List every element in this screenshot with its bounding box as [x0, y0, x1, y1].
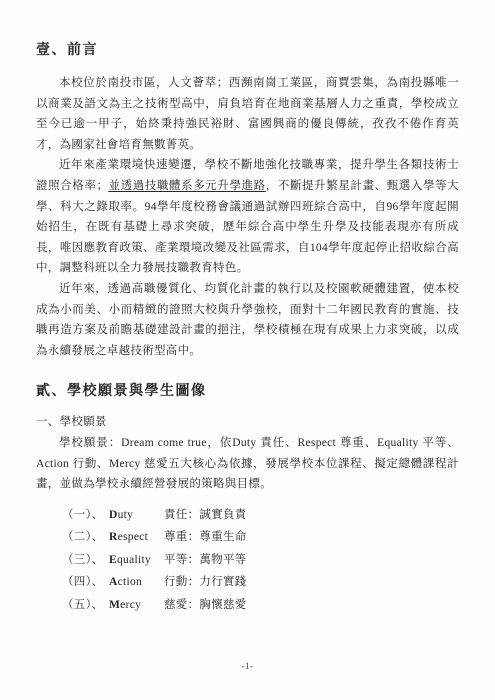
item-english-term: Duty [109, 504, 164, 527]
list-item-duty: （一）、Duty責任：誠實負責 [62, 504, 459, 527]
paragraph-2-segment-after: ，不斷提升繁星計畫、甄選入學等大學、科大之錄取率。94學年度校務會議通過試辦四班… [36, 180, 459, 274]
item-english-term: Respect [109, 526, 164, 549]
item-chinese-definition: 尊重：尊重生命 [164, 531, 247, 543]
item-english-term: Mercy [109, 594, 164, 617]
list-item-equality: （三）、Equality平等：萬物平等 [62, 549, 459, 572]
item-number: （三）、 [62, 549, 109, 572]
item-chinese-definition: 平等：萬物平等 [164, 554, 247, 566]
item-english-rest: espect [118, 531, 149, 543]
section-heading-vision: 貳、學校願景與學生圖像 [36, 383, 459, 401]
item-chinese-definition: 責任：誠實負責 [164, 509, 247, 521]
item-number: （二）、 [62, 526, 109, 549]
vision-paragraph: 學校願景：Dream come true，依Duty 責任、Respect 尊重… [36, 433, 459, 495]
paragraph-2-underlined-segment: 並透過技職體系多元升學進路 [108, 180, 266, 192]
item-english-term: Action [109, 571, 164, 594]
item-english-initial: M [109, 599, 120, 611]
vision-core-values-list: （一）、Duty責任：誠實負責 （二）、Respect尊重：尊重生命 （三）、E… [62, 504, 459, 617]
preface-paragraph-2: 近年來產業環境快速變遷，學校不斷地強化技職專業，提升學生各類技術士證照合格率；並… [36, 155, 459, 279]
section-heading-preface: 壹、前言 [36, 42, 459, 60]
item-english-rest: quality [117, 554, 151, 566]
item-english-rest: ction [118, 576, 143, 588]
item-number: （四）、 [62, 571, 109, 594]
item-english-rest: ercy [120, 599, 141, 611]
item-number: （五）、 [62, 594, 109, 617]
item-chinese-definition: 行動：力行實踐 [164, 576, 247, 588]
item-english-initial: R [109, 531, 118, 543]
item-english-initial: D [109, 509, 118, 521]
preface-paragraph-1: 本校位於南投市區，人文薈萃；西瀕南崗工業區，商賈雲集，為南投縣唯一以商業及語文為… [36, 73, 459, 155]
item-english-rest: uty [118, 509, 134, 521]
item-english-initial: E [109, 554, 117, 566]
page-number: -1- [0, 661, 495, 671]
item-number: （一）、 [62, 504, 109, 527]
preface-paragraph-3: 近年來，透過高職優質化、均質化計畫的執行以及校園軟硬體建置，使本校成為小而美、小… [36, 279, 459, 361]
document-page: 壹、前言 本校位於南投市區，人文薈萃；西瀕南崗工業區，商賈雲集，為南投縣唯一以商… [0, 0, 495, 700]
list-item-mercy: （五）、Mercy慈愛：胸懷慈愛 [62, 594, 459, 617]
item-english-initial: A [109, 576, 118, 588]
subsection-heading-school-vision: 一、學校願景 [36, 412, 459, 433]
item-english-term: Equality [109, 549, 164, 572]
list-item-action: （四）、Action行動：力行實踐 [62, 571, 459, 594]
item-chinese-definition: 慈愛：胸懷慈愛 [164, 599, 247, 611]
list-item-respect: （二）、Respect尊重：尊重生命 [62, 526, 459, 549]
